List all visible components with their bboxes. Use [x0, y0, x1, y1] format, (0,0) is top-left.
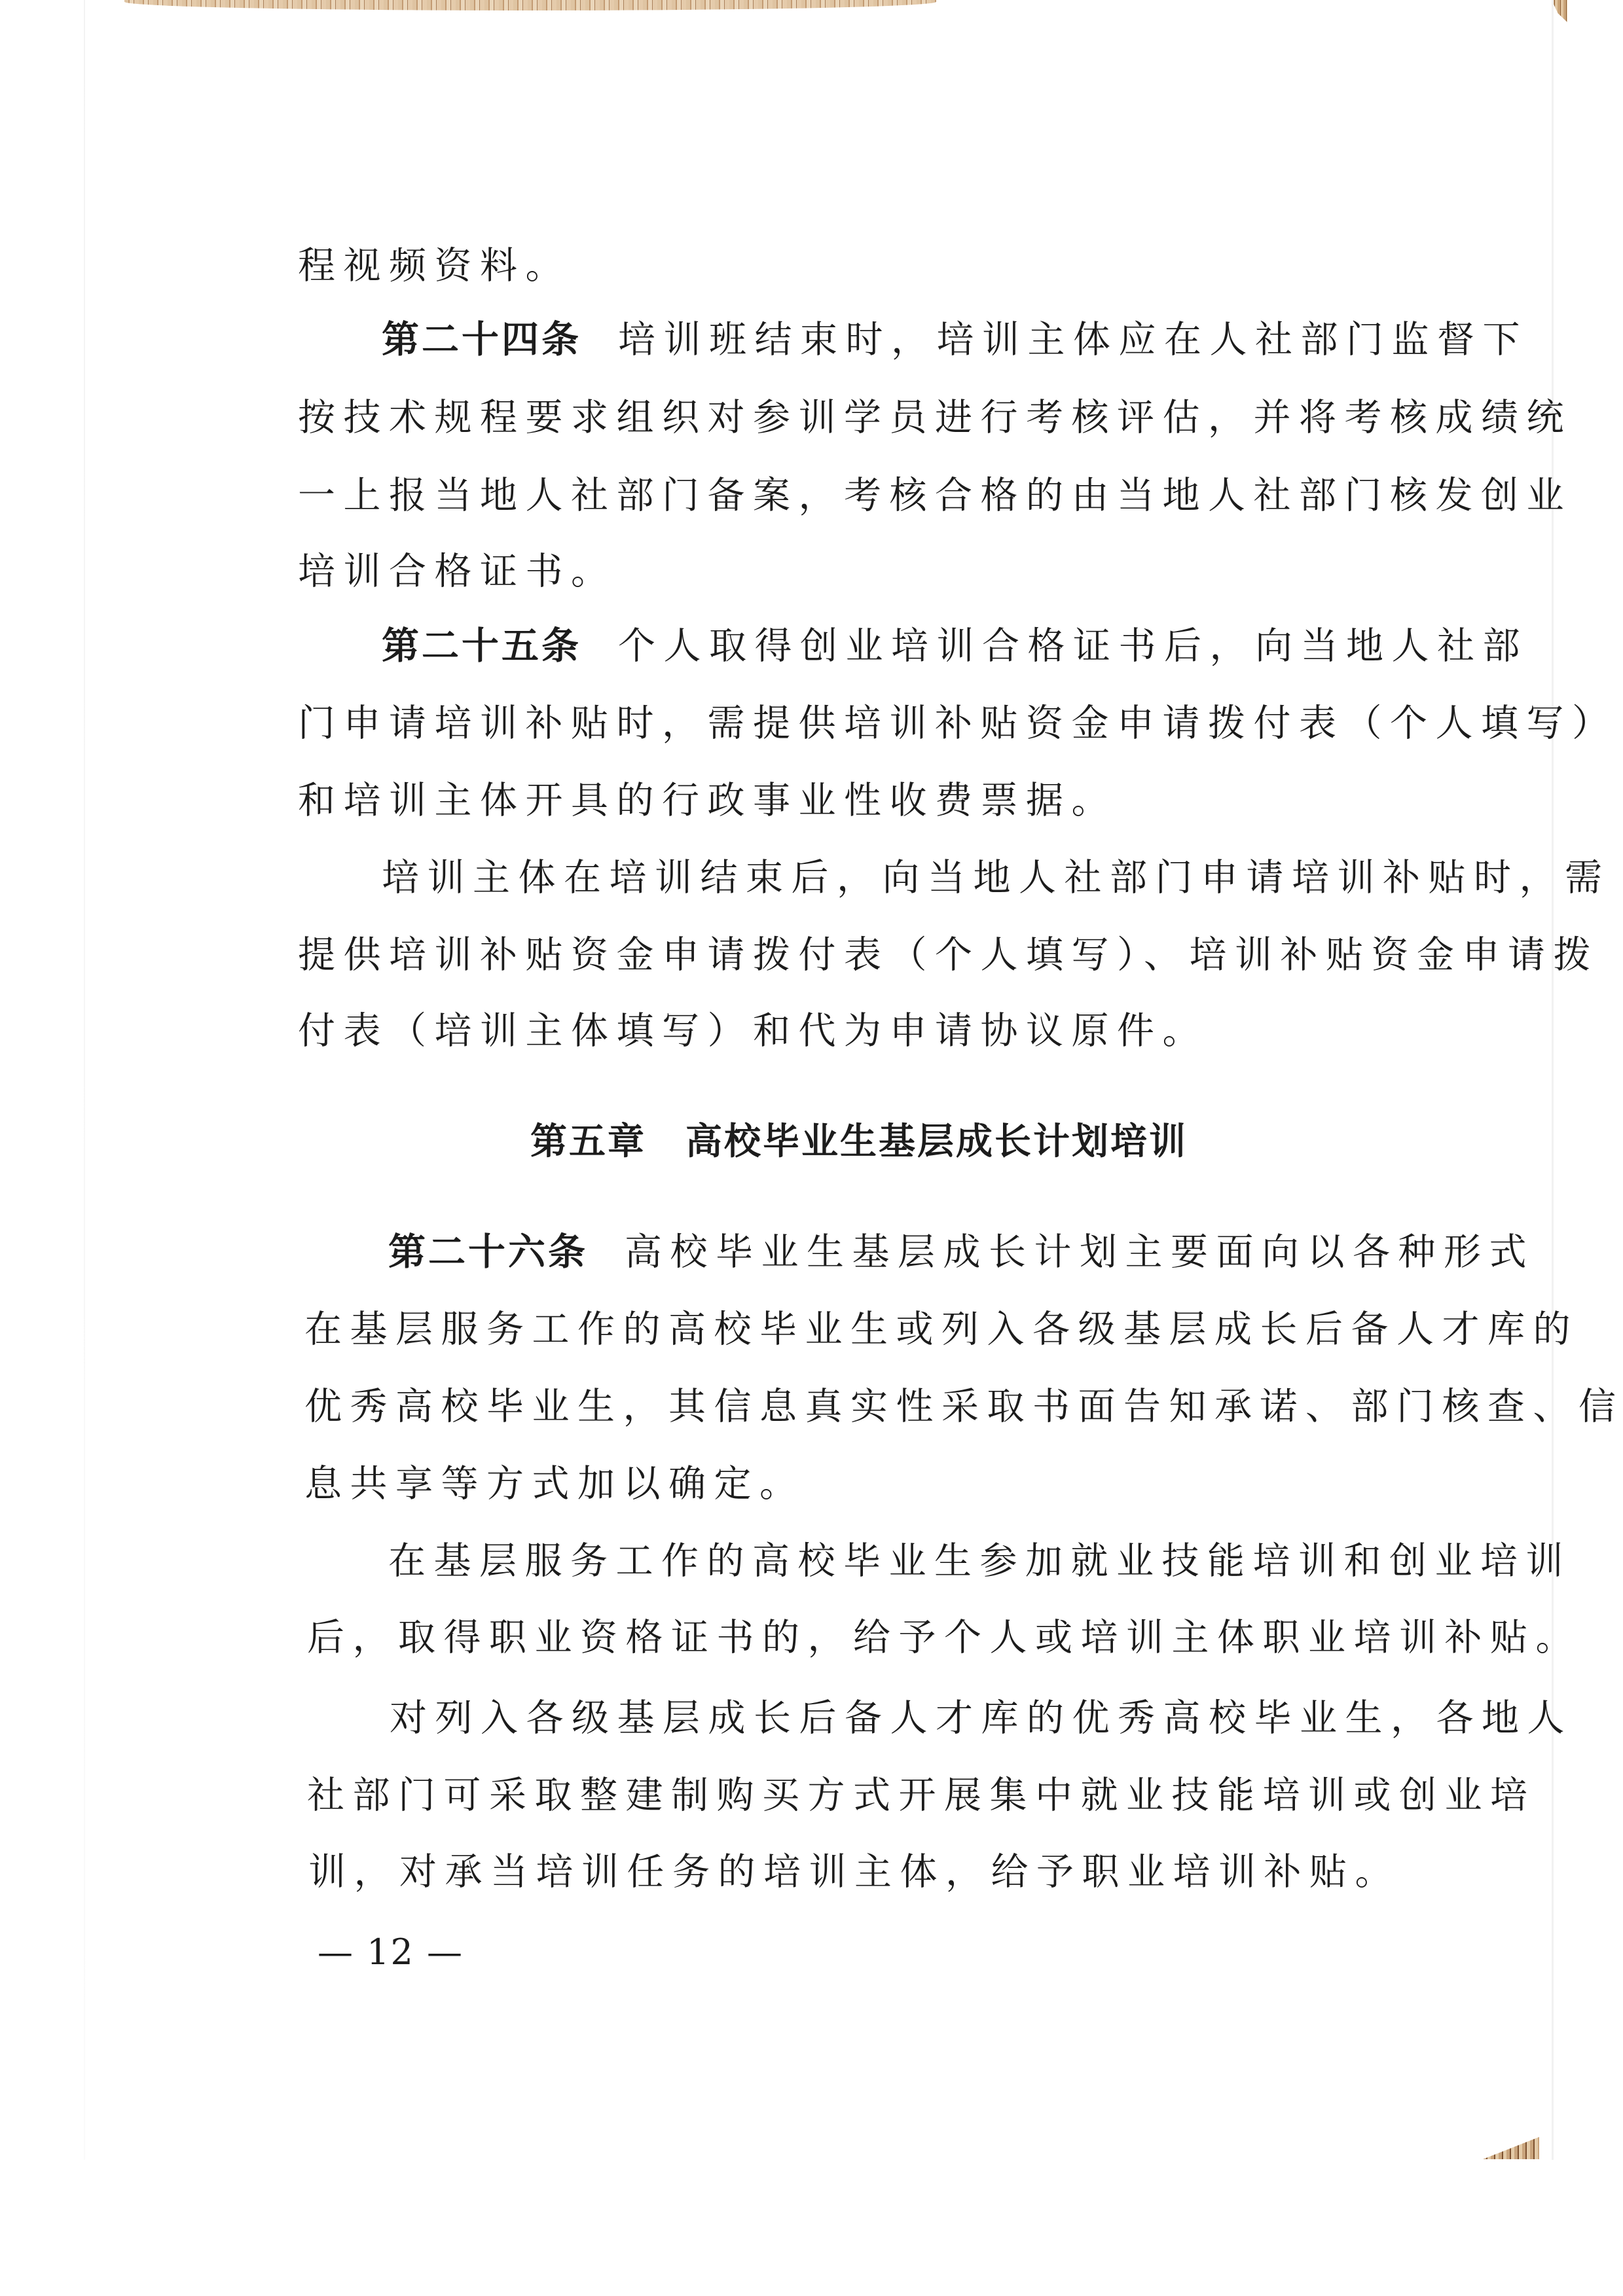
text-line: 按技术规程要求组织对参训学员进行考核评估，并将考核成绩统: [298, 395, 1572, 440]
text-line: 和培训主体开具的行政事业性收费票据。: [298, 778, 1117, 823]
text-line: 息共享等方式加以确定。: [304, 1461, 805, 1507]
article-text: 个人取得创业培训合格证书后，向当地人社部: [618, 624, 1528, 668]
article-text: 培训班结束时，培训主体应在人社部门监督下: [618, 318, 1528, 361]
text-line: 优秀高校毕业生，其信息真实性采取书面告知承诺、部门核查、信: [304, 1384, 1623, 1429]
paragraph-first-line: 培训主体在培训结束后，向当地人社部门申请培训补贴时，需: [382, 855, 1611, 901]
article-number: 第二十六条: [388, 1230, 588, 1274]
text-line: 培训合格证书。: [298, 548, 617, 594]
text-line: 在基层服务工作的高校毕业生或列入各级基层成长后备人才库的: [304, 1306, 1578, 1352]
paragraph-first-line: 在基层服务工作的高校毕业生参加就业技能培训和创业培训: [388, 1538, 1571, 1584]
text-line: 程视频资料。: [298, 243, 571, 289]
article-25-first-line: 第二十五条个人取得创业培训合格证书后，向当地人社部: [382, 623, 1528, 669]
text-line: 一上报当地人社部门备案，考核合格的由当地人社部门核发创业: [298, 473, 1572, 518]
page-edge-left: [84, 0, 85, 2160]
chapter-title: 高校毕业生基层成长计划培训: [685, 1121, 1188, 1163]
chapter-heading: 第五章高校毕业生基层成长计划培训: [530, 1119, 1188, 1165]
page-edge-right: [1552, 0, 1554, 2160]
article-24-first-line: 第二十四条培训班结束时，培训主体应在人社部门监督下: [382, 317, 1528, 363]
chapter-number: 第五章: [530, 1121, 646, 1163]
paragraph-first-line: 对列入各级基层成长后备人才库的优秀高校毕业生，各地人: [390, 1695, 1573, 1741]
article-text: 高校毕业生基层成长计划主要面向以各种形式: [625, 1230, 1535, 1274]
article-number: 第二十五条: [382, 624, 581, 668]
text-line: 提供培训补贴资金申请拨付表（个人填写）、培训补贴资金申请拨: [298, 932, 1599, 978]
text-line: 后，取得职业资格证书的，给予个人或培训主体职业培训补贴。: [307, 1615, 1581, 1660]
text-line: 门申请培训补贴时，需提供培训补贴资金申请拨付表（个人填写）: [298, 700, 1618, 746]
text-line: 训，对承当培训任务的培训主体，给予职业培训补贴。: [308, 1849, 1400, 1895]
article-number: 第二十四条: [382, 318, 581, 361]
article-26-first-line: 第二十六条高校毕业生基层成长计划主要面向以各种形式: [388, 1229, 1535, 1275]
page-number: — 12 —: [318, 1929, 464, 1975]
text-line: 社部门可采取整建制购买方式开展集中就业技能培训或创业培: [307, 1772, 1536, 1818]
text-line: 付表（培训主体填写）和代为申请协议原件。: [298, 1008, 1208, 1054]
